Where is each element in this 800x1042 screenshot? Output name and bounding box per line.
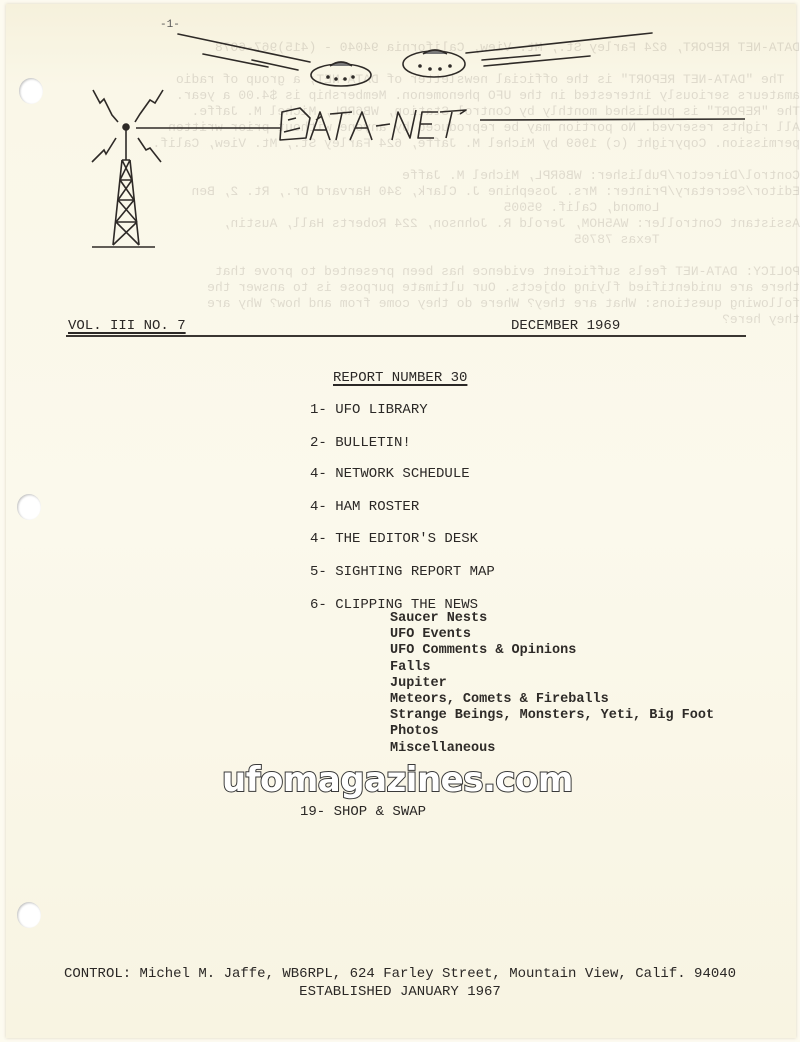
page-number-mark: -1- (160, 19, 180, 31)
flying-saucer-icon (311, 62, 371, 86)
toc-item: 2- BULLETIN! (310, 435, 411, 451)
toc-item: 1- UFO LIBRARY (310, 402, 428, 418)
toc-item: 4- NETWORK SCHEDULE (310, 466, 470, 482)
toc-item: 5- SIGHTING REPORT MAP (310, 564, 495, 580)
clipping-subsection-item: Meteors, Comets & Fireballs (390, 692, 609, 707)
masthead-illustration: -1- (0, 0, 800, 260)
clipping-subsection-item: Saucer Nests (390, 611, 487, 626)
toc-item: 4- HAM ROSTER (310, 499, 419, 515)
clipping-subsection-item: Photos (390, 724, 439, 739)
established-date: ESTABLISHED JANUARY 1967 (0, 984, 800, 1000)
issue-date: DECEMBER 1969 (511, 318, 620, 334)
clipping-subsection-item: Falls (390, 660, 431, 675)
clipping-subsection-item: UFO Comments & Opinions (390, 643, 576, 658)
volume-number: VOL. III NO. 7 (68, 318, 186, 334)
clipping-subsection-item: Miscellaneous (390, 741, 495, 756)
clipping-subsection-item: UFO Events (390, 627, 471, 642)
radio-tower-icon (92, 90, 280, 247)
punch-hole (17, 902, 41, 928)
clipping-subsection-item: Strange Beings, Monsters, Yeti, Big Foot (390, 708, 714, 723)
control-address: CONTROL: Michel M. Jaffe, WB6RPL, 624 Fa… (0, 966, 800, 982)
clipping-subsection-item: Jupiter (390, 676, 447, 691)
flying-saucer-icon (403, 50, 465, 77)
toc-item: 4- THE EDITOR'S DESK (310, 531, 478, 547)
watermark: ufomagazines.com (222, 760, 573, 800)
report-number-heading: REPORT NUMBER 30 (333, 370, 467, 386)
header-rule (66, 335, 746, 337)
data-net-logo (280, 108, 745, 140)
punch-hole (17, 494, 41, 520)
toc-item-shop-swap: 19- SHOP & SWAP (300, 804, 426, 820)
